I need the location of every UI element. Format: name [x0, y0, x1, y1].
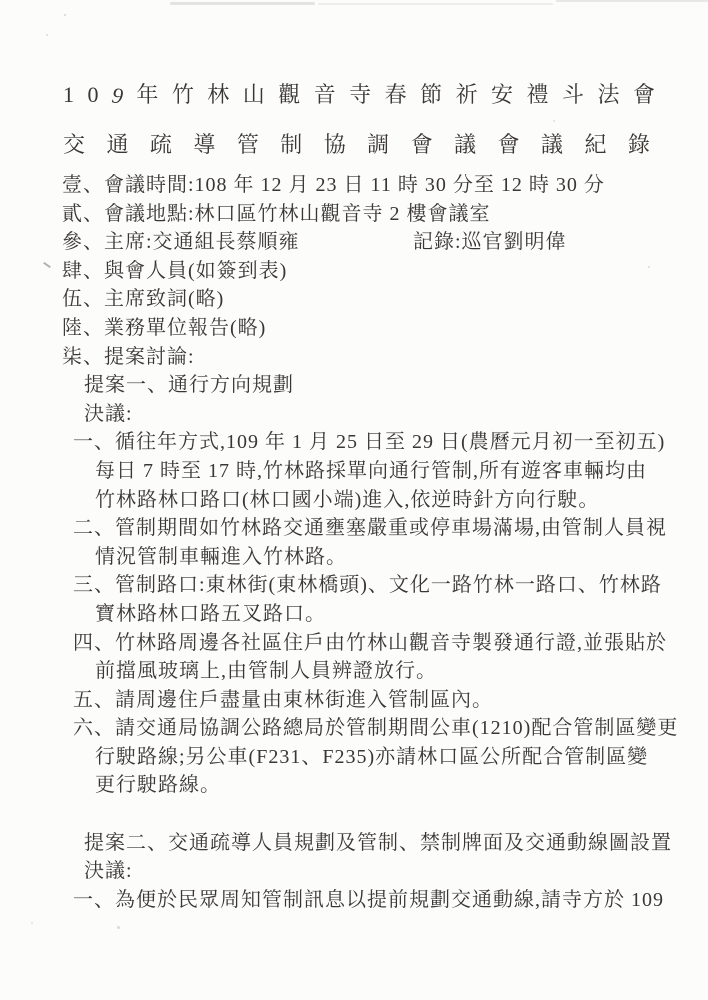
- proposal-1-item-3: 三、管制路口:東林街(東林橋頭)、文化一路竹林一路口、竹林路: [0, 571, 708, 600]
- scan-artifact-streak: [556, 0, 708, 2]
- line-chair-remarks: 伍、主席致詞(略): [0, 285, 708, 314]
- scan-speck: [46, 34, 48, 36]
- line-chair-and-recorder: 參、主席:交通組長蔡順雍 記錄:巡官劉明偉: [0, 228, 708, 257]
- document-body: 壹、會議時間:108 年 12 月 23 日 11 時 30 分至 12 時 3…: [0, 171, 708, 914]
- proposal-1-item-3-cont-1: 寶林路林口路五叉路口。: [0, 600, 708, 629]
- proposal-1-item-6: 六、請交通局協調公路總局於管制期間公車(1210)配合管制區變更: [0, 714, 708, 743]
- document-title-line-2: 交通疏導管制協調會議會議紀錄: [63, 130, 650, 160]
- scan-artifact-streak: [170, 2, 315, 5]
- proposal-1-item-4: 四、竹林路周邊各社區住戶由竹林山觀音寺製發通行證,並張貼於: [0, 629, 708, 658]
- line-meeting-place: 貳、會議地點:林口區竹林山觀音寺 2 樓會議室: [0, 200, 708, 229]
- proposal-1-title: 提案一、通行方向規劃: [0, 371, 708, 400]
- proposal-1-item-6-cont-1: 行駛路線;另公車(F231、F235)亦請林口區公所配合管制區變: [0, 743, 708, 772]
- proposal-1-item-2-cont-1: 情況管制車輛進入竹林路。: [0, 543, 708, 572]
- line-meeting-time: 壹、會議時間:108 年 12 月 23 日 11 時 30 分至 12 時 3…: [0, 171, 708, 200]
- proposal-1-item-1: 一、循往年方式,109 年 1 月 25 日至 29 日(農曆元月初一至初五): [0, 428, 708, 457]
- proposal-1-item-5: 五、請周邊住戶盡量由東林街進入管制區內。: [0, 686, 708, 715]
- document-title-line-1: 109年竹林山觀音寺春節祈安禮斗法會: [63, 80, 655, 110]
- line-unit-reports: 陸、業務單位報告(略): [0, 314, 708, 343]
- chair-label: 參、主席:交通組長蔡順雍: [62, 231, 300, 253]
- proposal-1-item-1-cont-1: 每日 7 時至 17 時,竹林路採單向通行管制,所有遊客車輛均由: [0, 457, 708, 486]
- proposal-1-item-4-cont-1: 前擋風玻璃上,由管制人員辨證放行。: [0, 657, 708, 686]
- scan-speck: [31, 922, 33, 924]
- line-discussion-heading: 柒、提案討論:: [0, 343, 708, 372]
- proposal-1-resolution-label: 決議:: [0, 400, 708, 429]
- scan-artifact-streak: [318, 3, 553, 5]
- proposal-2-resolution-label: 決議:: [0, 857, 708, 886]
- scan-speck: [117, 926, 120, 929]
- scan-speck: [553, 120, 555, 122]
- proposal-1-item-1-cont-2: 竹林路林口路口(林口國小端)進入,依逆時針方向行駛。: [0, 486, 708, 515]
- proposal-2-title: 提案二、交通疏導人員規劃及管制、禁制牌面及交通動線圖設置: [0, 829, 708, 858]
- blank-line: [0, 800, 708, 829]
- scanned-document-page: 109年竹林山觀音寺春節祈安禮斗法會 交通疏導管制協調會議會議紀錄 壹、會議時間…: [0, 0, 708, 1000]
- proposal-2-item-1: 一、為便於民眾周知管制訊息以提前規劃交通動線,請寺方於 109: [0, 886, 708, 915]
- line-attendees: 肆、與會人員(如簽到表): [0, 257, 708, 286]
- proposal-1-item-2: 二、管制期間如竹林路交通壅塞嚴重或停車場滿場,由管制人員視: [0, 514, 708, 543]
- recorder-label: 記錄:巡官劉明偉: [413, 228, 567, 257]
- scan-speck: [64, 14, 66, 16]
- proposal-1-item-6-cont-2: 更行駛路線。: [0, 771, 708, 800]
